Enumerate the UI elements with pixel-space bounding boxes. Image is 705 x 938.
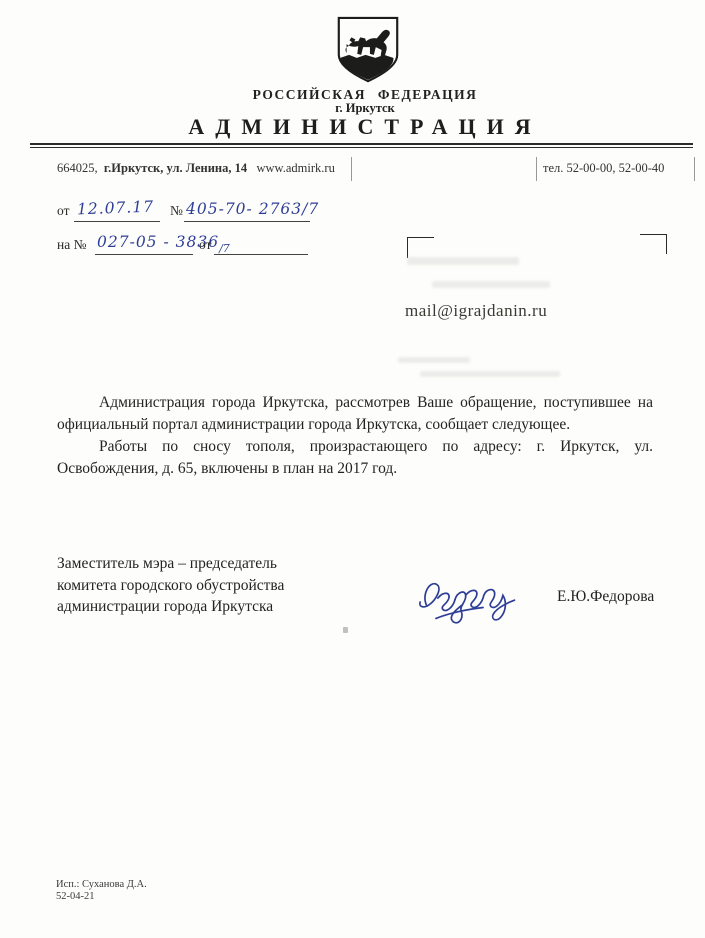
phone-line: тел. 52-00-00, 52-00-40 xyxy=(543,161,664,176)
number-underline xyxy=(184,220,310,222)
administration-title: АДМИНИСТРАЦИЯ xyxy=(20,114,705,140)
recipient-corner-right-icon xyxy=(640,234,667,254)
contact-separator-3 xyxy=(694,157,695,181)
handwritten-number: 405-70- 2763/7 xyxy=(186,200,319,218)
reply-from-label: от xyxy=(199,237,211,253)
executor-block: Исп.: Суханова Д.А. 52-04-21 xyxy=(56,879,147,903)
reply-from-underline xyxy=(214,253,308,255)
contact-separator-2 xyxy=(536,157,537,181)
irkutsk-coat-of-arms-icon xyxy=(331,14,405,88)
signature-position-block: Заместитель мэра – председатель комитета… xyxy=(57,553,387,618)
header-double-rule xyxy=(30,143,693,148)
position-line-1: Заместитель мэра – председатель xyxy=(57,553,387,575)
redacted-text-smudge xyxy=(432,281,550,288)
website-text: www.admirk.ru xyxy=(256,161,334,175)
position-line-3: администрации города Иркутска xyxy=(57,596,387,618)
redacted-text-smudge xyxy=(420,371,560,377)
address-line: 664025, г.Иркутск, ул. Ленина, 14 www.ad… xyxy=(57,161,335,176)
letter-body: Администрация города Иркутска, рассмотре… xyxy=(57,392,653,480)
handwritten-date: 12.07.17 xyxy=(77,198,155,219)
recipient-email: mail@igrajdanin.ru xyxy=(405,301,547,321)
street-address: г.Иркутск, ул. Ленина, 14 xyxy=(104,161,247,175)
postal-code: 664025, xyxy=(57,161,98,175)
reply-number-underline xyxy=(95,253,193,255)
body-paragraph-2: Работы по сносу тополя, произрастающего … xyxy=(57,436,653,480)
scan-artifact-speck xyxy=(343,627,348,633)
scanned-letter-page: РОССИЙСКАЯ ФЕДЕРАЦИЯ г. Иркутск АДМИНИСТ… xyxy=(0,0,705,938)
number-label: № xyxy=(170,203,183,219)
position-line-2: комитета городского обустройства xyxy=(57,575,387,597)
executor-phone: 52-04-21 xyxy=(56,891,147,903)
redacted-text-smudge xyxy=(398,357,470,363)
recipient-corner-left-icon xyxy=(407,237,434,258)
reply-number-label: на № xyxy=(57,237,86,253)
executor-name: Исп.: Суханова Д.А. xyxy=(56,879,147,891)
handwritten-signature-icon xyxy=(408,567,528,629)
contact-separator-1 xyxy=(351,157,352,181)
redacted-text-smudge xyxy=(407,257,519,265)
signer-name: Е.Ю.Федорова xyxy=(557,588,654,606)
from-date-label: от xyxy=(57,203,69,219)
date-underline xyxy=(74,220,160,222)
body-paragraph-1: Администрация города Иркутска, рассмотре… xyxy=(57,392,653,436)
